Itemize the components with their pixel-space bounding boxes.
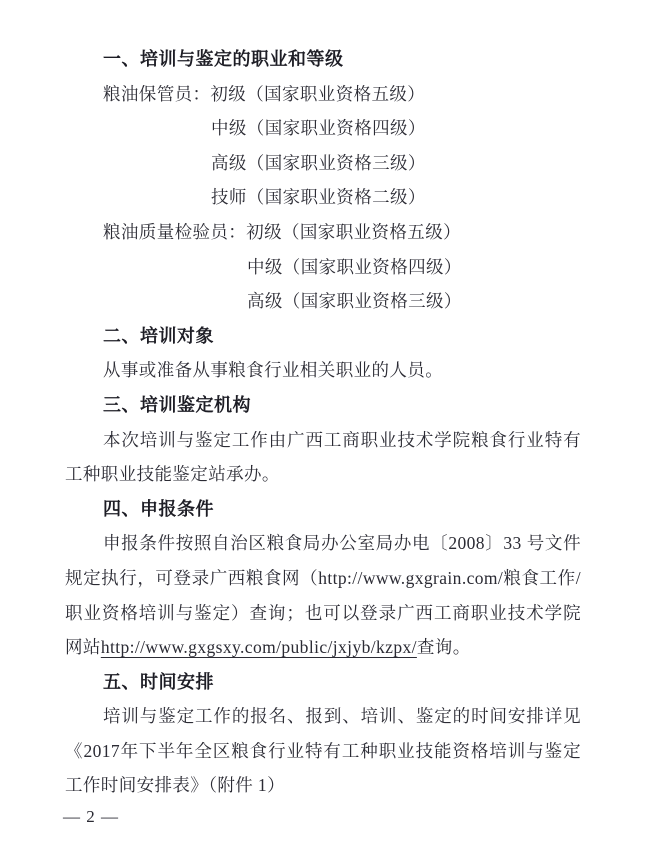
inspector-level-line-1: 粮油质量检验员：初级（国家职业资格五级） xyxy=(65,215,581,250)
keeper-level-line-2: 中级（国家职业资格四级） xyxy=(65,111,581,146)
keeper-level-line-4: 技师（国家职业资格二级） xyxy=(65,180,581,215)
section-5-paragraph: 培训与鉴定工作的报名、报到、培训、鉴定的时间安排详见《2017年下半年全区粮食行… xyxy=(65,699,581,803)
college-website-link[interactable]: http://www.gxgsxy.com/public/jxjyb/kzpx/ xyxy=(101,637,417,657)
section-3-heading: 三、培训鉴定机构 xyxy=(65,388,581,423)
page-number: — 2 — xyxy=(63,804,119,830)
document-page: 一、培训与鉴定的职业和等级 粮油保管员：初级（国家职业资格五级） 中级（国家职业… xyxy=(0,0,654,868)
section-4-heading: 四、申报条件 xyxy=(65,492,581,527)
section-4-paragraph: 申报条件按照自治区粮食局办公室局办电〔2008〕33 号文件规定执行，可登录广西… xyxy=(65,526,581,664)
keeper-level-line-3: 高级（国家职业资格三级） xyxy=(65,146,581,181)
document-content: 一、培训与鉴定的职业和等级 粮油保管员：初级（国家职业资格五级） 中级（国家职业… xyxy=(65,42,581,803)
inspector-level-line-3: 高级（国家职业资格三级） xyxy=(65,284,581,319)
section-3-paragraph: 本次培训与鉴定工作由广西工商职业技术学院粮食行业特有工种职业技能鉴定站承办。 xyxy=(65,423,581,492)
section-1-heading: 一、培训与鉴定的职业和等级 xyxy=(65,42,581,77)
section-4-text-after-link: 查询。 xyxy=(417,637,471,657)
keeper-level-line-1: 粮油保管员：初级（国家职业资格五级） xyxy=(65,77,581,112)
section-5-heading: 五、时间安排 xyxy=(65,665,581,700)
inspector-level-line-2: 中级（国家职业资格四级） xyxy=(65,250,581,285)
section-2-heading: 二、培训对象 xyxy=(65,319,581,354)
section-2-paragraph: 从事或准备从事粮食行业相关职业的人员。 xyxy=(65,353,581,388)
